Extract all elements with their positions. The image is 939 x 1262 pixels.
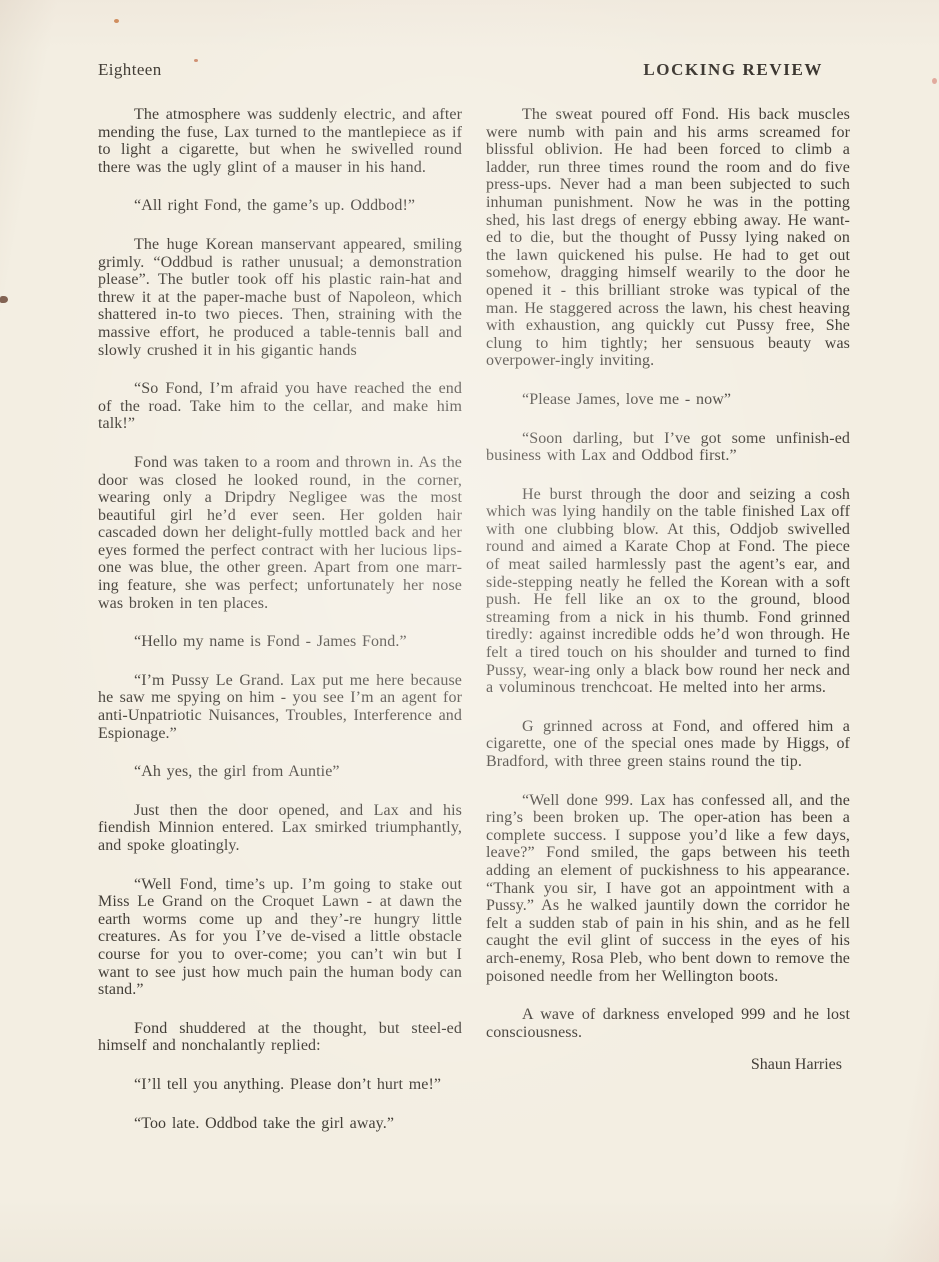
paragraph: “Ah yes, the girl from Auntie”: [98, 763, 462, 781]
paragraph: The sweat poured off Fond. His back musc…: [486, 106, 850, 370]
article-body: The atmosphere was suddenly electric, an…: [0, 80, 939, 1153]
left-column: The atmosphere was suddenly electric, an…: [98, 106, 462, 1153]
page-header: Eighteen LOCKING REVIEW: [0, 0, 939, 80]
paragraph: He burst through the door and seizing a …: [486, 486, 850, 697]
byline: Shaun Harries: [486, 1056, 850, 1074]
paragraph: “Soon darling, but I’ve got some unfinis…: [486, 430, 850, 465]
paragraph: “Well Fond, time’s up. I’m going to stak…: [98, 876, 462, 999]
publication-title: LOCKING REVIEW: [643, 60, 823, 80]
paragraph: The huge Korean manservant appeared, smi…: [98, 236, 462, 359]
paragraph: A wave of darkness enveloped 999 and he …: [486, 1006, 850, 1041]
paragraph: Fond was taken to a room and thrown in. …: [98, 454, 462, 612]
paragraph: Just then the door opened, and Lax and h…: [98, 802, 462, 855]
paragraph: G grinned across at Fond, and offered hi…: [486, 718, 850, 771]
right-column: The sweat poured off Fond. His back musc…: [486, 106, 850, 1153]
paragraph: The atmosphere was suddenly electric, an…: [98, 106, 462, 176]
paragraph: “Please James, love me - now”: [486, 391, 850, 409]
magazine-page: Eighteen LOCKING REVIEW The atmosphere w…: [0, 0, 939, 1262]
paragraph: “Hello my name is Fond - James Fond.”: [98, 633, 462, 651]
page-number: Eighteen: [98, 60, 162, 80]
paragraph: “I’m Pussy Le Grand. Lax put me here bec…: [98, 672, 462, 742]
paragraph: “Well done 999. Lax has confessed all, a…: [486, 792, 850, 986]
paragraph: “Too late. Oddbod take the girl away.”: [98, 1115, 462, 1133]
paragraph: “So Fond, I’m afraid you have reached th…: [98, 380, 462, 433]
paragraph: “All right Fond, the game’s up. Oddbod!”: [98, 197, 462, 215]
paragraph: Fond shuddered at the thought, but steel…: [98, 1020, 462, 1055]
paragraph: “I’ll tell you anything. Please don’t hu…: [98, 1076, 462, 1094]
